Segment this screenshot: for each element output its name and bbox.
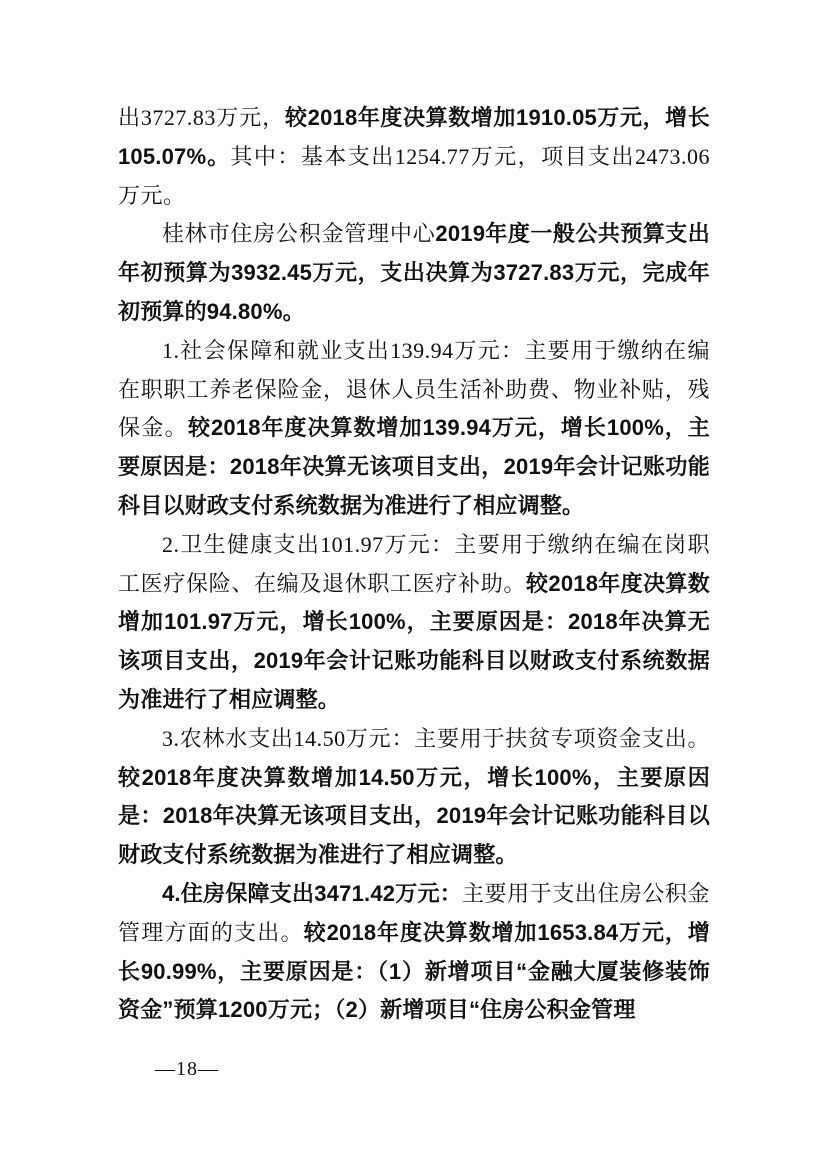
- paragraph-3: 1.社会保障和就业支出139.94万元：主要用于缴纳在编在职职工养老保险金，退休…: [118, 332, 710, 526]
- paragraph-1: 出3727.83万元，较2018年度决算数增加1910.05万元，增长105.0…: [118, 99, 710, 215]
- text-run-bold: 较2018年度决算数增加14.50万元，增长100%，主要原因是：2018年决算…: [118, 765, 710, 868]
- text-run-regular: 出3727.83万元，: [118, 105, 285, 130]
- page-number: —18—: [155, 1058, 219, 1081]
- document-body: 出3727.83万元，较2018年度决算数增加1910.05万元，增长105.0…: [118, 99, 710, 1030]
- paragraph-5: 3.农林水支出14.50万元：主要用于扶贫专项资金支出。较2018年度决算数增加…: [118, 720, 710, 875]
- text-run-regular: 桂林市住房公积金管理中心: [162, 221, 435, 246]
- paragraph-2: 桂林市住房公积金管理中心2019年度一般公共预算支出年初预算为3932.45万元…: [118, 215, 710, 331]
- paragraph-6: 4.住房保障支出3471.42万元：主要用于支出住房公积金管理方面的支出。较20…: [118, 875, 710, 1030]
- text-run-regular: 3.农林水支出14.50万元：主要用于扶贫专项资金支出。: [162, 726, 710, 751]
- text-run-bold: 4.住房保障支出3471.42万元：: [162, 881, 462, 906]
- document-page: 出3727.83万元，较2018年度决算数增加1910.05万元，增长105.0…: [0, 0, 826, 1169]
- paragraph-4: 2.卫生健康支出101.97万元：主要用于缴纳在编在岗职工医疗保险、在编及退休职…: [118, 526, 710, 720]
- text-run-bold: 较2018年度决算数增加139.94万元，增长100%，主要原因是：2018年决…: [118, 415, 710, 518]
